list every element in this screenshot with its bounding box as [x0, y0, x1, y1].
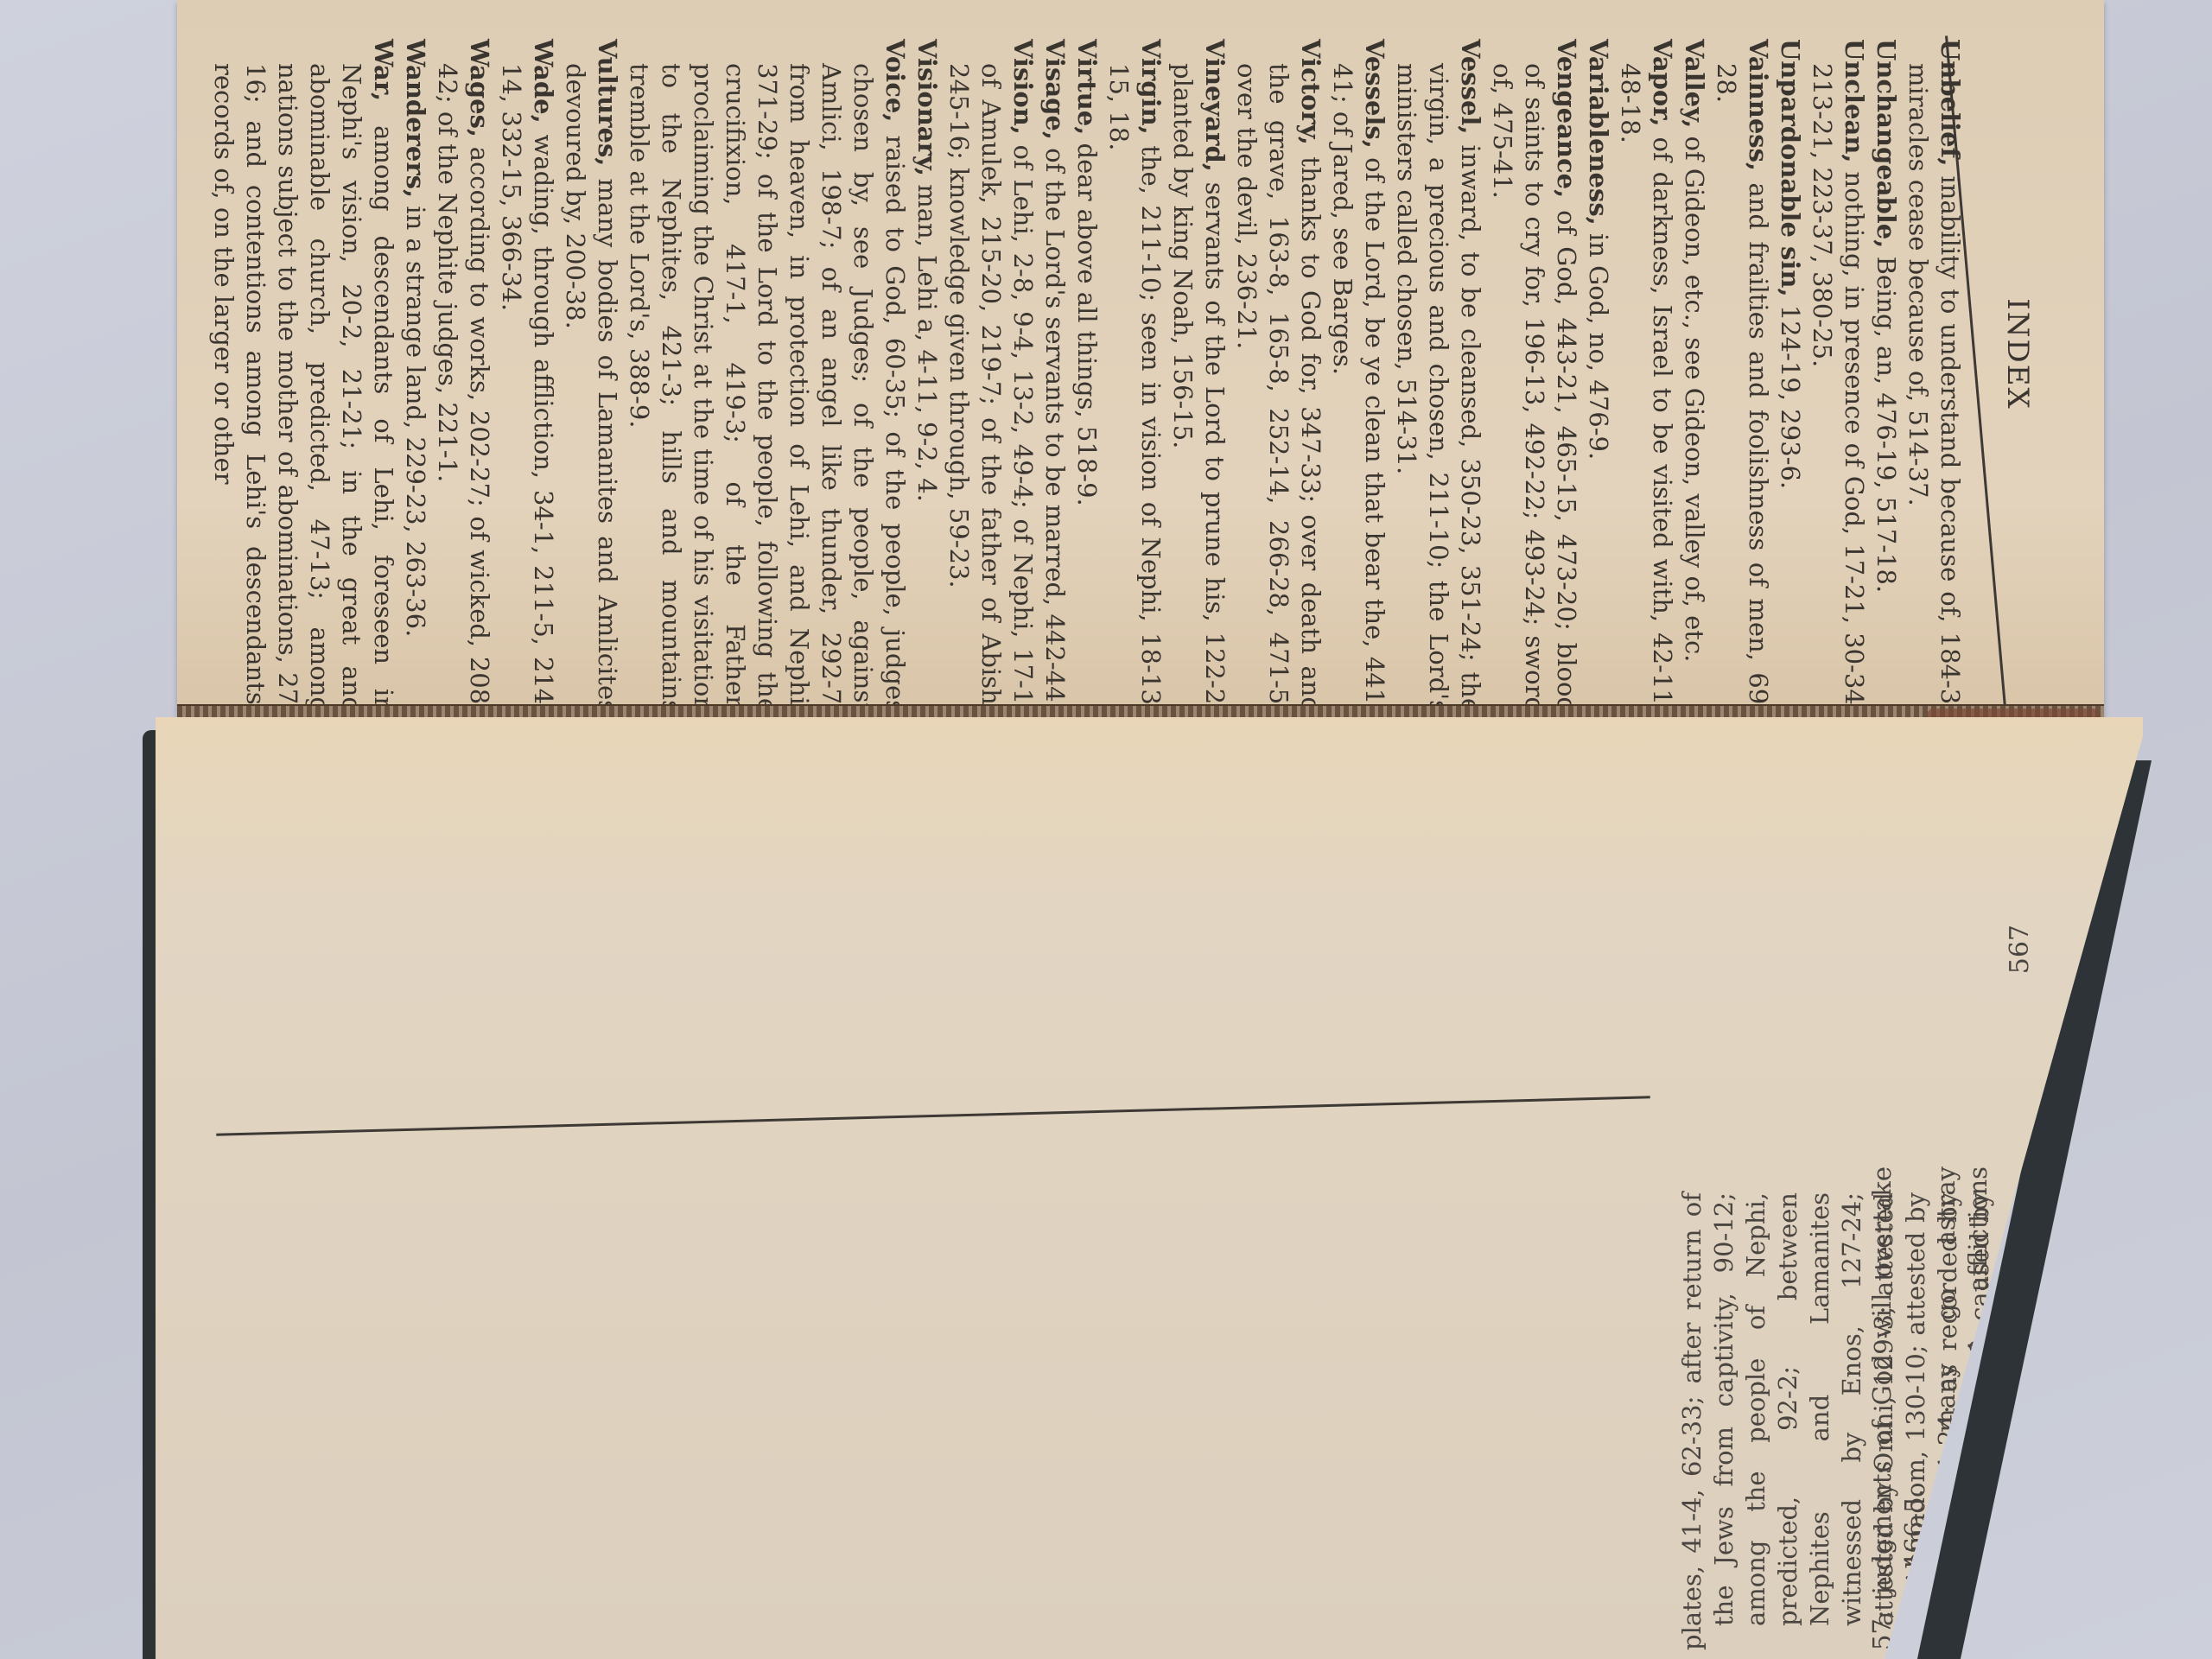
index-term: Unchangeable, — [1872, 39, 1901, 248]
index-term: Unclean, — [1840, 39, 1869, 162]
index-entry: Virtue, dear above all things, 518-9. — [1071, 39, 1103, 713]
index-entry: Vapor, of darkness, Israel to be visited… — [1614, 39, 1678, 713]
index-entry: Virgin, the, 211-10; seen in vision of N… — [1103, 39, 1166, 713]
index-term: Victory, — [1296, 39, 1325, 145]
index-references: the, 211-10; seen in vision of Nephi, 18… — [1104, 63, 1166, 713]
top-page-right-column: Unbelief, inability to understand becaus… — [207, 39, 1966, 713]
index-references: of darkness, Israel to be visited with, … — [1616, 63, 1677, 713]
index-term: War, — [369, 39, 398, 101]
index-term: Vengeance, — [1552, 39, 1581, 198]
index-references: raised to God, 60-35; of the people, jud… — [625, 63, 910, 713]
index-term: Vapor, — [1648, 39, 1677, 127]
index-entry: Victory, thanks to God for, 347-33; over… — [1230, 39, 1326, 713]
index-term: Visage, — [1040, 39, 1070, 140]
index-entry: Vision, of Lehi, 2-8, 9-4, 13-2, 49-4; o… — [943, 39, 1039, 713]
index-entry: Vengeance, of God, 443-21, 465-15, 473-2… — [1486, 39, 1582, 713]
index-references: Being, an, 476-19, 517-18. — [1872, 257, 1901, 594]
page-number: 567 — [2005, 925, 2035, 974]
index-term: Wade, — [529, 39, 558, 124]
index-entry: Voice, raised to God, 60-35; of the peop… — [623, 39, 911, 713]
index-references: of Lehi, 2-8, 9-4, 13-2, 49-4; of Nephi,… — [944, 63, 1038, 713]
column-rule — [216, 1096, 1650, 1135]
index-term: Vultures, — [593, 39, 622, 166]
index-references: wading, through affliction, 34-1, 211-5,… — [497, 63, 558, 713]
index-references: of the Lord's servants to be marred, 442… — [1040, 148, 1070, 710]
index-term: Vision, — [1008, 39, 1038, 135]
index-references: of Gideon, etc., see Gideon, valley of, … — [1680, 137, 1709, 663]
index-term: Unpardonable sin, — [1776, 39, 1805, 297]
index-term: Vineyard, — [1200, 39, 1230, 172]
top-page-header-block: INDEX — [2000, 26, 2035, 683]
index-entry: Valley, of Gideon, etc., see Gideon, val… — [1678, 39, 1710, 713]
index-entry: Variableness, in God, no, 476-9. — [1582, 39, 1614, 713]
index-term: Vessel, — [1456, 39, 1485, 135]
index-entry: Wages, according to works, 202-27; of wi… — [431, 39, 495, 713]
index-term: Wages, — [465, 39, 494, 137]
index-entry: Vessels, of the Lord, be ye clean that b… — [1326, 39, 1390, 713]
index-references: according to works, 202-27; of wicked, 2… — [433, 63, 494, 713]
index-entry: War, among descendants of Lehi, foreseen… — [207, 39, 399, 713]
index-term: Voice, — [880, 39, 910, 122]
index-term: Virtue, — [1072, 39, 1102, 135]
index-entry: Vultures, many bodies of Lamanites and A… — [559, 39, 623, 713]
index-entry: Unpardonable sin, 124-19, 293-6. — [1774, 39, 1806, 713]
index-term: Valley, — [1680, 39, 1709, 128]
page-header: INDEX — [2000, 26, 2035, 683]
index-references: dear above all things, 518-9. — [1072, 143, 1102, 506]
index-entry: Unchangeable, Being, an, 476-19, 517-18. — [1870, 39, 1902, 713]
index-references: in God, no, 476-9. — [1584, 233, 1613, 460]
bottom-index-page: INDEX 567 plates, 41-4, 62-33; after ret… — [156, 717, 2143, 1659]
index-references: man, Lehi a, 4-11, 9-2, 4. — [912, 184, 942, 502]
index-references: in a strange land, 229-23, 263-36. — [401, 206, 430, 637]
index-term: Vessels, — [1360, 39, 1389, 149]
index-references: inward, to be cleansed, 350-23, 351-24; … — [1392, 63, 1485, 713]
index-entry: Wade, wading, through affliction, 34-1, … — [495, 39, 559, 713]
index-references: among descendants of Lehi, foreseen in N… — [209, 63, 398, 713]
index-entry: Unbelief, inability to understand becaus… — [1902, 39, 1966, 713]
top-index-page: INDEX Unbelief, inability to understand … — [177, 0, 2104, 717]
index-entry: Vineyard, servants of the Lord to prune … — [1166, 39, 1230, 713]
index-term: Visionary, — [912, 39, 942, 176]
index-references: of the Lord, be ye clean that bear the, … — [1328, 63, 1389, 713]
index-references: thanks to God for, 347-33; over death an… — [1232, 63, 1325, 713]
index-term: Variableness, — [1584, 39, 1613, 226]
index-entry: Vainness, and frailties and foolishness … — [1710, 39, 1774, 713]
index-term: Virgin, — [1136, 39, 1166, 135]
index-term: Vainness, — [1744, 39, 1773, 171]
index-term: Unbelief, — [1935, 39, 1965, 167]
index-entry: Vessel, inward, to be cleansed, 350-23, … — [1390, 39, 1486, 713]
index-entry: Visage, of the Lord's servants to be mar… — [1039, 39, 1071, 713]
index-entry: Unclean, nothing, in presence of God, 17… — [1806, 39, 1870, 713]
index-entry: Visionary, man, Lehi a, 4-11, 9-2, 4. — [911, 39, 943, 713]
index-entry: Wanderers, in a strange land, 229-23, 26… — [399, 39, 431, 713]
index-references: 124-19, 293-6. — [1776, 305, 1805, 489]
index-term: Wanderers, — [401, 39, 430, 198]
